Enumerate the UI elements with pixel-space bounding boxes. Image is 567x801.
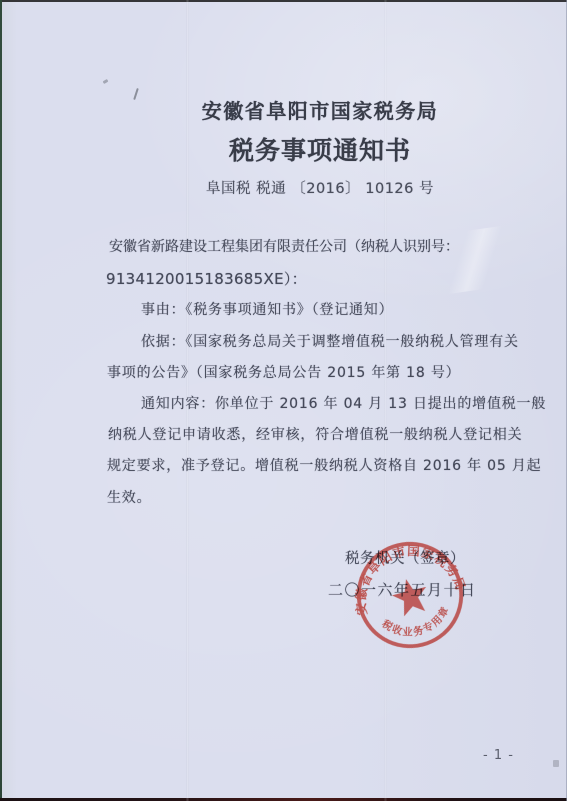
scan-edge-top <box>0 0 567 2</box>
star-icon <box>389 575 432 618</box>
document-title: 税务事项通知书 <box>95 131 545 167</box>
paper-crease <box>397 220 554 300</box>
basis-line-2: 事项的公告》（国家税务总局公告 2015 年第 18 号） <box>107 362 460 382</box>
notice-content-line-1: 通知内容：你单位于 2016 年 04 月 13 日提出的增值税一般 <box>141 393 546 413</box>
recipient-line: 安徽省新路建设工程集团有限责任公司（纳税人识别号： <box>109 236 459 256</box>
subject-line: 事由：《税务事项通知书》（登记通知） <box>141 299 393 319</box>
notice-content-line-4: 生效。 <box>107 487 151 507</box>
scan-speck <box>553 760 559 767</box>
scan-edge-left <box>0 0 2 801</box>
official-red-seal: 安徽省阜阳市国家税务局 税收业务专用章 <box>340 525 481 666</box>
document-number: 阜国税 税通 〔2016〕 10126 号 <box>95 177 545 198</box>
page-number: - 1 - <box>483 748 514 763</box>
scanned-tax-notice-page: 安徽省阜阳市国家税务局 税务事项通知书 阜国税 税通 〔2016〕 10126 … <box>0 0 567 801</box>
notice-content-line-3: 规定要求，准予登记。增值税一般纳税人资格自 2016 年 05 月起 <box>107 455 541 475</box>
basis-line-1: 依据：《国家税务总局关于调整增值税一般纳税人管理有关 <box>141 331 519 351</box>
taxpayer-id-line: 9134120015183685XE）： <box>106 268 307 289</box>
notice-content-line-2: 纳税人登记申请收悉，经审核，符合增值税一般纳税人登记相关 <box>108 424 522 444</box>
scan-speck <box>103 79 109 84</box>
issuing-authority-title: 安徽省阜阳市国家税务局 <box>95 95 545 124</box>
